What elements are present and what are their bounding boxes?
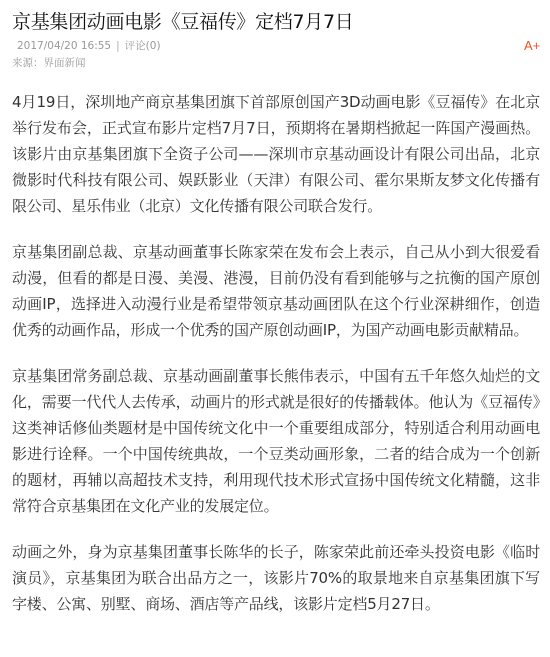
publish-date: 2017/04/20 16:55 <box>17 40 111 52</box>
meta-separator: | <box>116 40 120 52</box>
paragraph: 4月19日，深圳地产商京基集团旗下首部原创国产3D动画电影《豆福传》在北京举行发… <box>12 89 540 219</box>
article-meta: 2017/04/20 16:55|评论(0) <box>17 39 161 53</box>
paragraph: 京基集团副总裁、京基动画董事长陈家荣在发布会上表示，自己从小到大很爱看动漫，但看… <box>12 239 540 343</box>
article-title: 京基集团动画电影《豆福传》定档7月7日 <box>12 9 353 35</box>
comments-link[interactable]: 评论(0) <box>125 40 161 52</box>
font-size-increase-button[interactable]: A+ <box>524 38 540 54</box>
paragraph: 京基集团常务副总裁、京基动画副董事长熊伟表示，中国有五千年悠久灿烂的文化，需要一… <box>12 363 540 519</box>
paragraph: 动画之外，身为京基集团董事长陈华的长子，陈家荣此前还牵头投资电影《临时演员》，京… <box>12 539 540 617</box>
article-body: 4月19日，深圳地产商京基集团旗下首部原创国产3D动画电影《豆福传》在北京举行发… <box>12 89 540 637</box>
article-source: 来源：界面新闻 <box>12 56 86 70</box>
